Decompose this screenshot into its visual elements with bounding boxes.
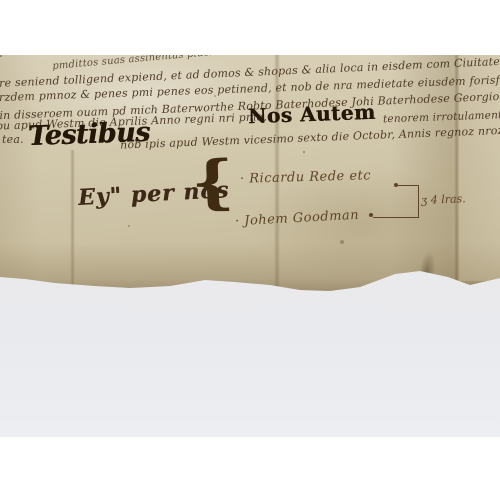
gothic-word-nos-autem: Nos Autem: [248, 102, 376, 126]
signature-ricardu-rede: · Ricardu Rede etc: [240, 168, 371, 186]
fold-crease-left: [70, 150, 75, 285]
stain-speckles: [0, 55, 2, 57]
brace-glyph: {: [190, 152, 235, 211]
connector-line-bottom: [373, 200, 419, 218]
parchment-document: pmdittos suas assinentas pluchuos cum or…: [0, 55, 500, 295]
folded-edge-band: [459, 55, 500, 281]
ink-stain: [416, 250, 438, 294]
manuscript-photo: pmdittos suas assinentas pluchuos cum or…: [0, 55, 500, 437]
connector-dot-bottom: [369, 213, 373, 217]
signature-johem-goodman: · Johem Goodman: [235, 208, 360, 229]
connector-line-top: [398, 185, 419, 201]
fold-crease-right: [454, 55, 459, 281]
auction-photo-page: pmdittos suas assinentas pluchuos cum or…: [0, 0, 500, 500]
script-row-4-right: tenorem irrotulamenti p: [383, 110, 500, 125]
script-row-5-right: nob ipis apud Westm vicesimo sexto die O…: [120, 122, 500, 150]
endorsement-annotation: ʒ 4 lras.: [421, 192, 466, 207]
script-row-5-left: tea.: [2, 134, 24, 145]
connector-dot-top: [394, 183, 398, 187]
